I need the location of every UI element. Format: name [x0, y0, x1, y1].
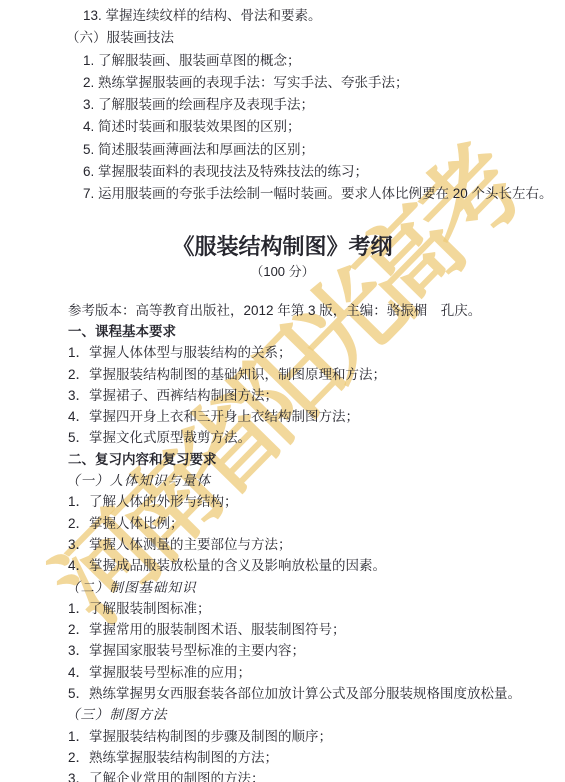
list-item: 5. 简述服装画薄画法和厚画法的区别；	[83, 139, 565, 161]
document-page: 河南省阳光高考 13. 掌握连续纹样的结构、骨法和要素。 （六）服装画技法 1.…	[0, 0, 565, 782]
list-item: 1．掌握服装结构制图的步骤及制图的顺序；	[68, 726, 565, 747]
list-item: 4．掌握服装号型标准的应用；	[68, 662, 565, 683]
list-item: 3．掌握国家服装号型标准的主要内容；	[68, 640, 565, 661]
list-item: 1．掌握人体体型与服装结构的关系；	[68, 342, 565, 363]
subsection-heading: （一）人体知识与量体	[66, 470, 565, 491]
list-item: 4. 简述时装画和服装效果图的区别；	[83, 116, 565, 138]
list-item: 2．熟练掌握服装结构制图的方法；	[68, 747, 565, 768]
list-item: 1. 了解服装画、服装画草图的概念；	[83, 50, 565, 72]
list-item: 2．掌握人体比例；	[68, 513, 565, 534]
subsection-heading: （三）制图方法	[66, 704, 565, 725]
subsection-heading: （二）制图基础知识	[66, 577, 565, 598]
syllabus-body: 参考版本：高等教育出版社，2012 年第 3 版，主编：骆振楣 孔庆。 一、课程…	[0, 300, 565, 782]
list-item: 1．了解人体的外形与结构；	[68, 491, 565, 512]
list-item: 5．掌握文化式原型裁剪方法。	[68, 427, 565, 448]
section-heading: 二、复习内容和复习要求	[68, 449, 565, 470]
page-title: 《服装结构制图》考纲	[0, 232, 565, 262]
section-heading: 一、课程基本要求	[68, 321, 565, 342]
list-item: 7. 运用服装画的夸张手法绘制一幅时装画。要求人体比例要在 20 个头长左右。	[83, 183, 565, 205]
list-item: 5．熟练掌握男女西服套装各部位加放计算公式及部分服装规格围度放松量。	[68, 683, 565, 704]
list-item: 6. 掌握服装面料的表现技法及特殊技法的练习；	[83, 161, 565, 183]
list-item: 2．掌握常用的服装制图术语、服装制图符号；	[68, 619, 565, 640]
list-item: 3．掌握人体测量的主要部位与方法；	[68, 534, 565, 555]
list-item: 4．掌握成品服装放松量的含义及影响放松量的因素。	[68, 555, 565, 576]
list-item: 3. 了解服装画的绘画程序及表现手法；	[83, 94, 565, 116]
list-item: 2．掌握服装结构制图的基础知识，制图原理和方法；	[68, 364, 565, 385]
list-item: 4．掌握四开身上衣和三开身上衣结构制图方法；	[68, 406, 565, 427]
list-item: 3．了解企业常用的制图的方法；	[68, 768, 565, 782]
list-item: 3．掌握裙子、西裤结构制图方法；	[68, 385, 565, 406]
list-item: 13. 掌握连续纹样的结构、骨法和要素。	[83, 5, 565, 27]
list-item: 1．了解服装制图标准；	[68, 598, 565, 619]
reference-line: 参考版本：高等教育出版社，2012 年第 3 版，主编：骆振楣 孔庆。	[68, 300, 565, 321]
list-item: 2. 熟练掌握服装画的表现手法：写实手法、夸张手法；	[83, 72, 565, 94]
section-heading: （六）服装画技法	[66, 27, 565, 49]
document-content: 13. 掌握连续纹样的结构、骨法和要素。 （六）服装画技法 1. 了解服装画、服…	[0, 0, 565, 782]
page-subtitle: （100 分）	[0, 262, 565, 282]
